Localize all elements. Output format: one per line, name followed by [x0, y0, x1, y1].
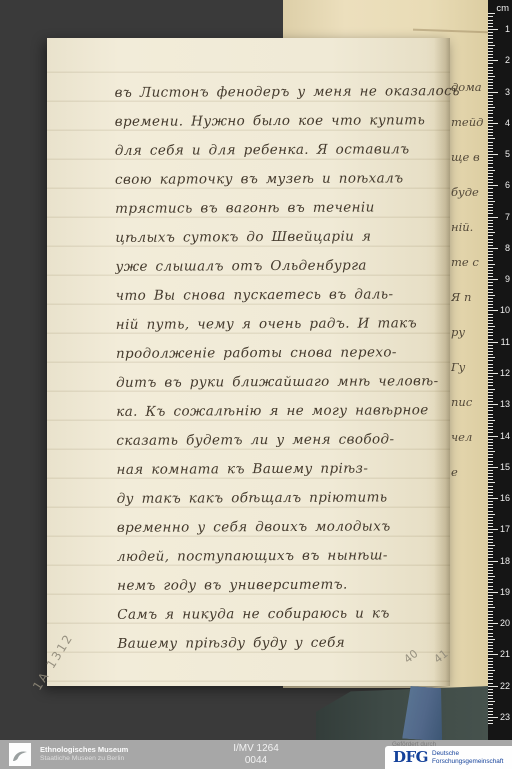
ruler-tick — [488, 167, 493, 168]
ruler-tick — [488, 708, 493, 709]
ruler-number: 4 — [505, 118, 510, 128]
ruler: cm 1234567891011121314151617181920212223 — [488, 0, 512, 740]
ruler-tick — [488, 492, 493, 493]
ruler-tick — [488, 223, 493, 224]
ruler-tick — [488, 257, 493, 258]
ruler-tick — [488, 42, 493, 43]
ruler-number: 7 — [505, 212, 510, 222]
funding-credit: Gefördert durch DFG Deutsche Forschungsg… — [385, 740, 512, 769]
ruler-tick — [488, 429, 493, 430]
ruler-tick — [488, 273, 493, 274]
ruler-tick — [488, 73, 493, 74]
letter-line: времени. Нужно было кое что купить — [115, 106, 445, 137]
fragment-line: ще в — [451, 140, 489, 175]
ruler-tick — [488, 160, 493, 161]
ruler-number: 12 — [500, 368, 510, 378]
ruler-tick — [488, 617, 493, 618]
ruler-tick — [488, 88, 493, 89]
letter-line: продолженіе работы снова перехо- — [116, 338, 446, 369]
ruler-tick — [488, 401, 493, 402]
ruler-tick — [488, 664, 493, 665]
ruler-number: 2 — [505, 55, 510, 65]
ruler-tick — [488, 407, 493, 408]
ruler-tick — [488, 601, 493, 602]
ruler-tick — [488, 148, 493, 149]
ruler-tick — [488, 110, 493, 111]
ruler-tick — [488, 451, 495, 452]
ruler-tick — [488, 639, 495, 640]
ruler-tick — [488, 364, 493, 365]
ruler-number: 11 — [501, 337, 510, 347]
ruler-tick — [488, 529, 498, 530]
book-binding-fabric — [316, 686, 490, 740]
letter-line: людей, поступающихъ въ нынѣш- — [117, 541, 447, 572]
ruler-tick — [488, 476, 493, 477]
ruler-tick — [488, 304, 493, 305]
ruler-tick — [488, 432, 493, 433]
ruler-tick — [488, 60, 498, 61]
ruler-tick — [488, 392, 493, 393]
ruler-tick — [488, 676, 493, 677]
ruler-number: 15 — [500, 462, 510, 472]
fragment-line: е — [451, 455, 489, 490]
ruler-tick — [488, 135, 493, 136]
ruler-number: 8 — [505, 243, 510, 253]
ruler-number: 16 — [500, 493, 510, 503]
ruler-tick — [488, 564, 493, 565]
ruler-tick — [488, 132, 493, 133]
ruler-tick — [488, 507, 493, 508]
footer-bar: Ethnologisches Museum Staatliche Museen … — [0, 740, 512, 769]
ruler-tick — [488, 329, 493, 330]
ruler-tick — [488, 426, 493, 427]
letter-line: уже слышалъ отъ Ольденбурга — [115, 251, 445, 282]
ruler-tick — [488, 101, 493, 102]
ruler-tick — [488, 514, 495, 515]
ruler-tick — [488, 267, 493, 268]
letter-line: свою карточку въ музеѣ и поѣхалъ — [115, 164, 445, 195]
ruler-tick — [488, 389, 495, 390]
ruler-tick — [488, 442, 493, 443]
ruler-tick — [488, 129, 493, 130]
ruler-tick — [488, 410, 493, 411]
ruler-tick — [488, 342, 498, 343]
ruler-number: 9 — [505, 274, 510, 284]
ruler-tick — [488, 85, 493, 86]
ruler-number: 14 — [500, 431, 510, 441]
fragment-line: Гу — [451, 350, 489, 385]
ruler-tick — [488, 554, 493, 555]
ruler-tick — [488, 138, 495, 139]
ruler-number: 1 — [505, 24, 510, 34]
ruler-tick — [488, 623, 498, 624]
letter-line: трястись въ вагонѣ въ теченіи — [115, 193, 445, 224]
ruler-tick — [488, 486, 493, 487]
ruler-tick — [488, 57, 493, 58]
ruler-tick — [488, 704, 493, 705]
ruler-tick — [488, 260, 493, 261]
ruler-tick — [488, 692, 493, 693]
ruler-tick — [488, 417, 493, 418]
letter-line: ду такъ какъ обѣщалъ пріютить — [117, 483, 447, 514]
ruler-tick — [488, 470, 493, 471]
ruler-tick — [488, 698, 493, 699]
ruler-tick — [488, 620, 493, 621]
ruler-tick — [488, 251, 493, 252]
letter-line: въ Листонъ фенодеръ у меня не оказалось — [114, 77, 444, 108]
letter-line: ная комната къ Вашему пріѣз- — [116, 454, 446, 485]
ruler-tick — [488, 511, 493, 512]
ruler-tick — [488, 173, 493, 174]
ruler-tick — [488, 289, 493, 290]
ruler-tick — [488, 651, 493, 652]
dfg-logo-box: DFG Deutsche Forschungsgemeinschaft — [385, 746, 512, 769]
ruler-tick — [488, 398, 493, 399]
ruler-tick — [488, 367, 493, 368]
ruler-tick — [488, 373, 498, 374]
ruler-tick — [488, 695, 493, 696]
ruler-tick — [488, 145, 493, 146]
ruler-tick — [488, 701, 495, 702]
ruler-tick — [488, 23, 493, 24]
fragment-line: ру — [451, 315, 489, 350]
ruler-tick — [488, 489, 493, 490]
paper-crease — [413, 29, 491, 34]
ruler-tick — [488, 82, 493, 83]
ruler-tick — [488, 292, 493, 293]
ruler-tick — [488, 586, 493, 587]
letter-line: немъ году въ университетъ. — [117, 570, 447, 601]
ruler-tick — [488, 576, 495, 577]
ruler-tick — [488, 232, 495, 233]
ruler-tick — [488, 179, 493, 180]
ruler-tick — [488, 654, 498, 655]
ruler-tick — [488, 20, 493, 21]
ruler-tick — [488, 661, 493, 662]
ruler-tick — [488, 32, 493, 33]
ruler-tick — [488, 270, 493, 271]
ruler-tick — [488, 301, 493, 302]
ruler-tick — [488, 339, 493, 340]
ruler-tick — [488, 536, 493, 537]
ruler-tick — [488, 354, 493, 355]
ruler-tick — [488, 532, 493, 533]
dfg-name-line1: Deutsche — [432, 750, 459, 757]
ruler-number: 23 — [500, 712, 510, 722]
ruler-tick — [488, 151, 493, 152]
ruler-tick — [488, 626, 493, 627]
ruler-tick — [488, 163, 493, 164]
ruler-tick — [488, 195, 493, 196]
letter-line: дитъ въ руки ближайшаго мнѣ человѣ- — [116, 367, 446, 398]
ruler-tick — [488, 607, 495, 608]
ruler-tick — [488, 520, 493, 521]
ruler-tick — [488, 464, 493, 465]
ruler-tick — [488, 345, 493, 346]
ruler-tick — [488, 154, 498, 155]
fragment-line: буде — [451, 175, 489, 210]
ruler-tick — [488, 376, 493, 377]
ruler-tick — [488, 720, 493, 721]
letter-line: Вашему пріѣзду буду у себя — [117, 628, 447, 659]
ruler-tick — [488, 723, 493, 724]
ruler-tick — [488, 589, 493, 590]
scan-viewport: доматейдще вбуденій.те сЯ пруГуписчеле в… — [0, 0, 512, 769]
ruler-tick — [488, 689, 493, 690]
ruler-number: 3 — [505, 87, 510, 97]
ruler-tick — [488, 461, 493, 462]
ruler-tick — [488, 210, 493, 211]
ruler-tick — [488, 545, 495, 546]
ruler-tick — [488, 683, 493, 684]
ruler-tick — [488, 667, 493, 668]
ruler-tick — [488, 360, 493, 361]
ruler-tick — [488, 26, 493, 27]
ruler-tick — [488, 551, 493, 552]
ruler-tick — [488, 295, 495, 296]
ruler-number: 17 — [500, 524, 510, 534]
ruler-tick — [488, 517, 493, 518]
letter-line: для себя и для ребенка. Я оставилъ — [115, 135, 445, 166]
ruler-tick — [488, 335, 493, 336]
ruler-tick — [488, 198, 493, 199]
fragment-line: ній. — [451, 210, 489, 245]
ruler-tick — [488, 448, 493, 449]
ruler-tick — [488, 629, 493, 630]
ruler-tick — [488, 92, 498, 93]
ruler-tick — [488, 182, 493, 183]
ruler-number: 10 — [500, 305, 510, 315]
ruler-tick — [488, 711, 493, 712]
ruler-tick — [488, 414, 493, 415]
ruler-tick — [488, 123, 498, 124]
ruler-tick — [488, 70, 493, 71]
ruler-tick — [488, 614, 493, 615]
letter-line: ка. Къ сожалѣнію я не могу навѣрное — [116, 396, 446, 427]
ruler-tick — [488, 285, 493, 286]
ruler-tick — [488, 385, 493, 386]
ruler-tick — [488, 185, 498, 186]
ruler-tick — [488, 176, 493, 177]
ruler-tick — [488, 579, 493, 580]
ruler-tick — [488, 314, 493, 315]
ruler-tick — [488, 561, 498, 562]
dfg-name: Deutsche Forschungsgemeinschaft — [432, 750, 503, 765]
ruler-tick — [488, 170, 495, 171]
ruler-unit-label: cm — [496, 3, 509, 14]
letter-line: Самъ я никуда не собираюсь и къ — [117, 599, 447, 630]
letter-line: ній путь, чему я очень радъ. И такъ — [116, 309, 446, 340]
ruler-tick — [488, 310, 498, 311]
ruler-tick — [488, 323, 493, 324]
ruler-tick — [488, 473, 493, 474]
ruler-number: 19 — [500, 587, 510, 597]
ruler-tick — [488, 320, 493, 321]
ruler-tick — [488, 326, 495, 327]
ruler-number: 22 — [500, 681, 510, 691]
ruler-tick — [488, 192, 493, 193]
ruler-tick — [488, 526, 493, 527]
ruler-tick — [488, 717, 498, 718]
fragment-line: тейд — [451, 105, 489, 140]
ruler-tick — [488, 348, 493, 349]
ruler-tick — [488, 235, 493, 236]
ruler-tick — [488, 188, 493, 189]
ruler-tick — [488, 220, 493, 221]
ruler-tick — [488, 126, 493, 127]
ruler-tick — [488, 117, 493, 118]
ruler-tick — [488, 595, 493, 596]
ruler-tick — [488, 439, 493, 440]
ruler-tick — [488, 658, 493, 659]
ruler-tick — [488, 317, 493, 318]
ruler-number: 21 — [500, 649, 510, 659]
ruler-tick — [488, 248, 498, 249]
ruler-tick — [488, 279, 498, 280]
ruler-tick — [488, 226, 493, 227]
ruler-tick — [488, 673, 493, 674]
ruler-tick — [488, 35, 493, 36]
ruler-tick — [488, 76, 495, 77]
ruler-tick — [488, 98, 493, 99]
ruler-tick — [488, 404, 498, 405]
fragment-line: Я п — [451, 280, 489, 315]
ruler-tick — [488, 582, 493, 583]
ruler-tick — [488, 67, 493, 68]
ruler-tick — [488, 379, 493, 380]
ruler-tick — [488, 351, 493, 352]
ruler-tick — [488, 45, 495, 46]
ruler-number: 5 — [505, 149, 510, 159]
ruler-tick — [488, 636, 493, 637]
ruler-tick — [488, 242, 493, 243]
ruler-tick — [488, 120, 493, 121]
letter-line: цѣлыхъ сутокъ до Швейцаріи я — [115, 222, 445, 253]
ruler-tick — [488, 48, 493, 49]
ruler-tick — [488, 51, 493, 52]
ruler-tick — [488, 670, 495, 671]
ruler-tick — [488, 423, 493, 424]
dfg-logo: DFG — [393, 748, 428, 766]
ruler-tick — [488, 282, 493, 283]
ruler-tick — [488, 598, 493, 599]
ruler-tick — [488, 38, 493, 39]
ruler-tick — [488, 207, 493, 208]
ruler-tick — [488, 254, 493, 255]
fragment-line: чел — [451, 420, 489, 455]
ruler-tick — [488, 16, 493, 17]
ruler-tick — [488, 395, 493, 396]
ruler-number: 18 — [500, 556, 510, 566]
ruler-tick — [488, 604, 493, 605]
ruler-tick — [488, 264, 495, 265]
ruler-tick — [488, 523, 493, 524]
ruler-tick — [488, 467, 498, 468]
letter-line: сказать будетъ ли у меня свобод- — [116, 425, 446, 456]
letter-line: что Вы снова пускаетесь въ даль- — [116, 280, 446, 311]
ruler-tick — [488, 104, 493, 105]
ruler-tick — [488, 436, 498, 437]
ruler-tick — [488, 542, 493, 543]
ruler-tick — [488, 13, 495, 14]
ruler-tick — [488, 107, 495, 108]
second-page-text-fragments: доматейдще вбуденій.те сЯ пруГуписчеле — [451, 70, 489, 490]
ruler-number: 20 — [500, 618, 510, 628]
ruler-tick — [488, 686, 498, 687]
ruler-tick — [488, 420, 495, 421]
ruler-tick — [488, 633, 493, 634]
ruler-tick — [488, 95, 493, 96]
ruler-tick — [488, 445, 493, 446]
ruler-tick — [488, 229, 493, 230]
ruler-tick — [488, 307, 493, 308]
ruler-tick — [488, 645, 493, 646]
ruler-tick — [488, 54, 493, 55]
ruler-tick — [488, 539, 493, 540]
dfg-name-line2: Forschungsgemeinschaft — [432, 758, 503, 765]
ruler-number: 6 — [505, 180, 510, 190]
ruler-tick — [488, 204, 493, 205]
ruler-tick — [488, 79, 493, 80]
ruler-tick — [488, 495, 493, 496]
ruler-number: 13 — [500, 399, 510, 409]
ruler-tick — [488, 454, 493, 455]
ruler-tick — [488, 570, 493, 571]
ruler-tick — [488, 557, 493, 558]
fragment-line: те с — [451, 245, 489, 280]
ruler-tick — [488, 501, 493, 502]
ruler-tick — [488, 573, 493, 574]
ruler-tick — [488, 29, 498, 30]
ruler-tick — [488, 332, 493, 333]
ruler-tick — [488, 357, 495, 358]
ruler-tick — [488, 217, 498, 218]
ruler-tick — [488, 679, 493, 680]
ruler-tick — [488, 498, 498, 499]
ruler-tick — [488, 479, 493, 480]
ruler-tick — [488, 611, 493, 612]
ruler-tick — [488, 714, 493, 715]
ruler-tick — [488, 504, 493, 505]
ruler-tick — [488, 63, 493, 64]
ruler-tick — [488, 213, 493, 214]
letter-line: временно у себя двоихъ молодыхъ — [117, 512, 447, 543]
fragment-line: пис — [451, 385, 489, 420]
ruler-tick — [488, 567, 493, 568]
ruler-tick — [488, 298, 493, 299]
ruler-tick — [488, 548, 493, 549]
ruler-tick — [488, 142, 493, 143]
handwritten-letter-text: въ Листонъ фенодеръ у меня не оказалосьв… — [114, 77, 447, 659]
ruler-tick — [488, 642, 493, 643]
ruler-tick — [488, 648, 493, 649]
ruler-tick — [488, 382, 493, 383]
ruler-tick — [488, 157, 493, 158]
ruler-tick — [488, 592, 498, 593]
ruler-tick — [488, 245, 493, 246]
letter-page: въ Листонъ фенодеръ у меня не оказалосьв… — [47, 38, 450, 686]
ruler-tick — [488, 370, 493, 371]
ruler-tick — [488, 276, 493, 277]
ruler-tick — [488, 113, 493, 114]
ruler-tick — [488, 239, 493, 240]
ruler-tick — [488, 482, 495, 483]
ruler-tick — [488, 201, 495, 202]
ruler-tick — [488, 457, 493, 458]
